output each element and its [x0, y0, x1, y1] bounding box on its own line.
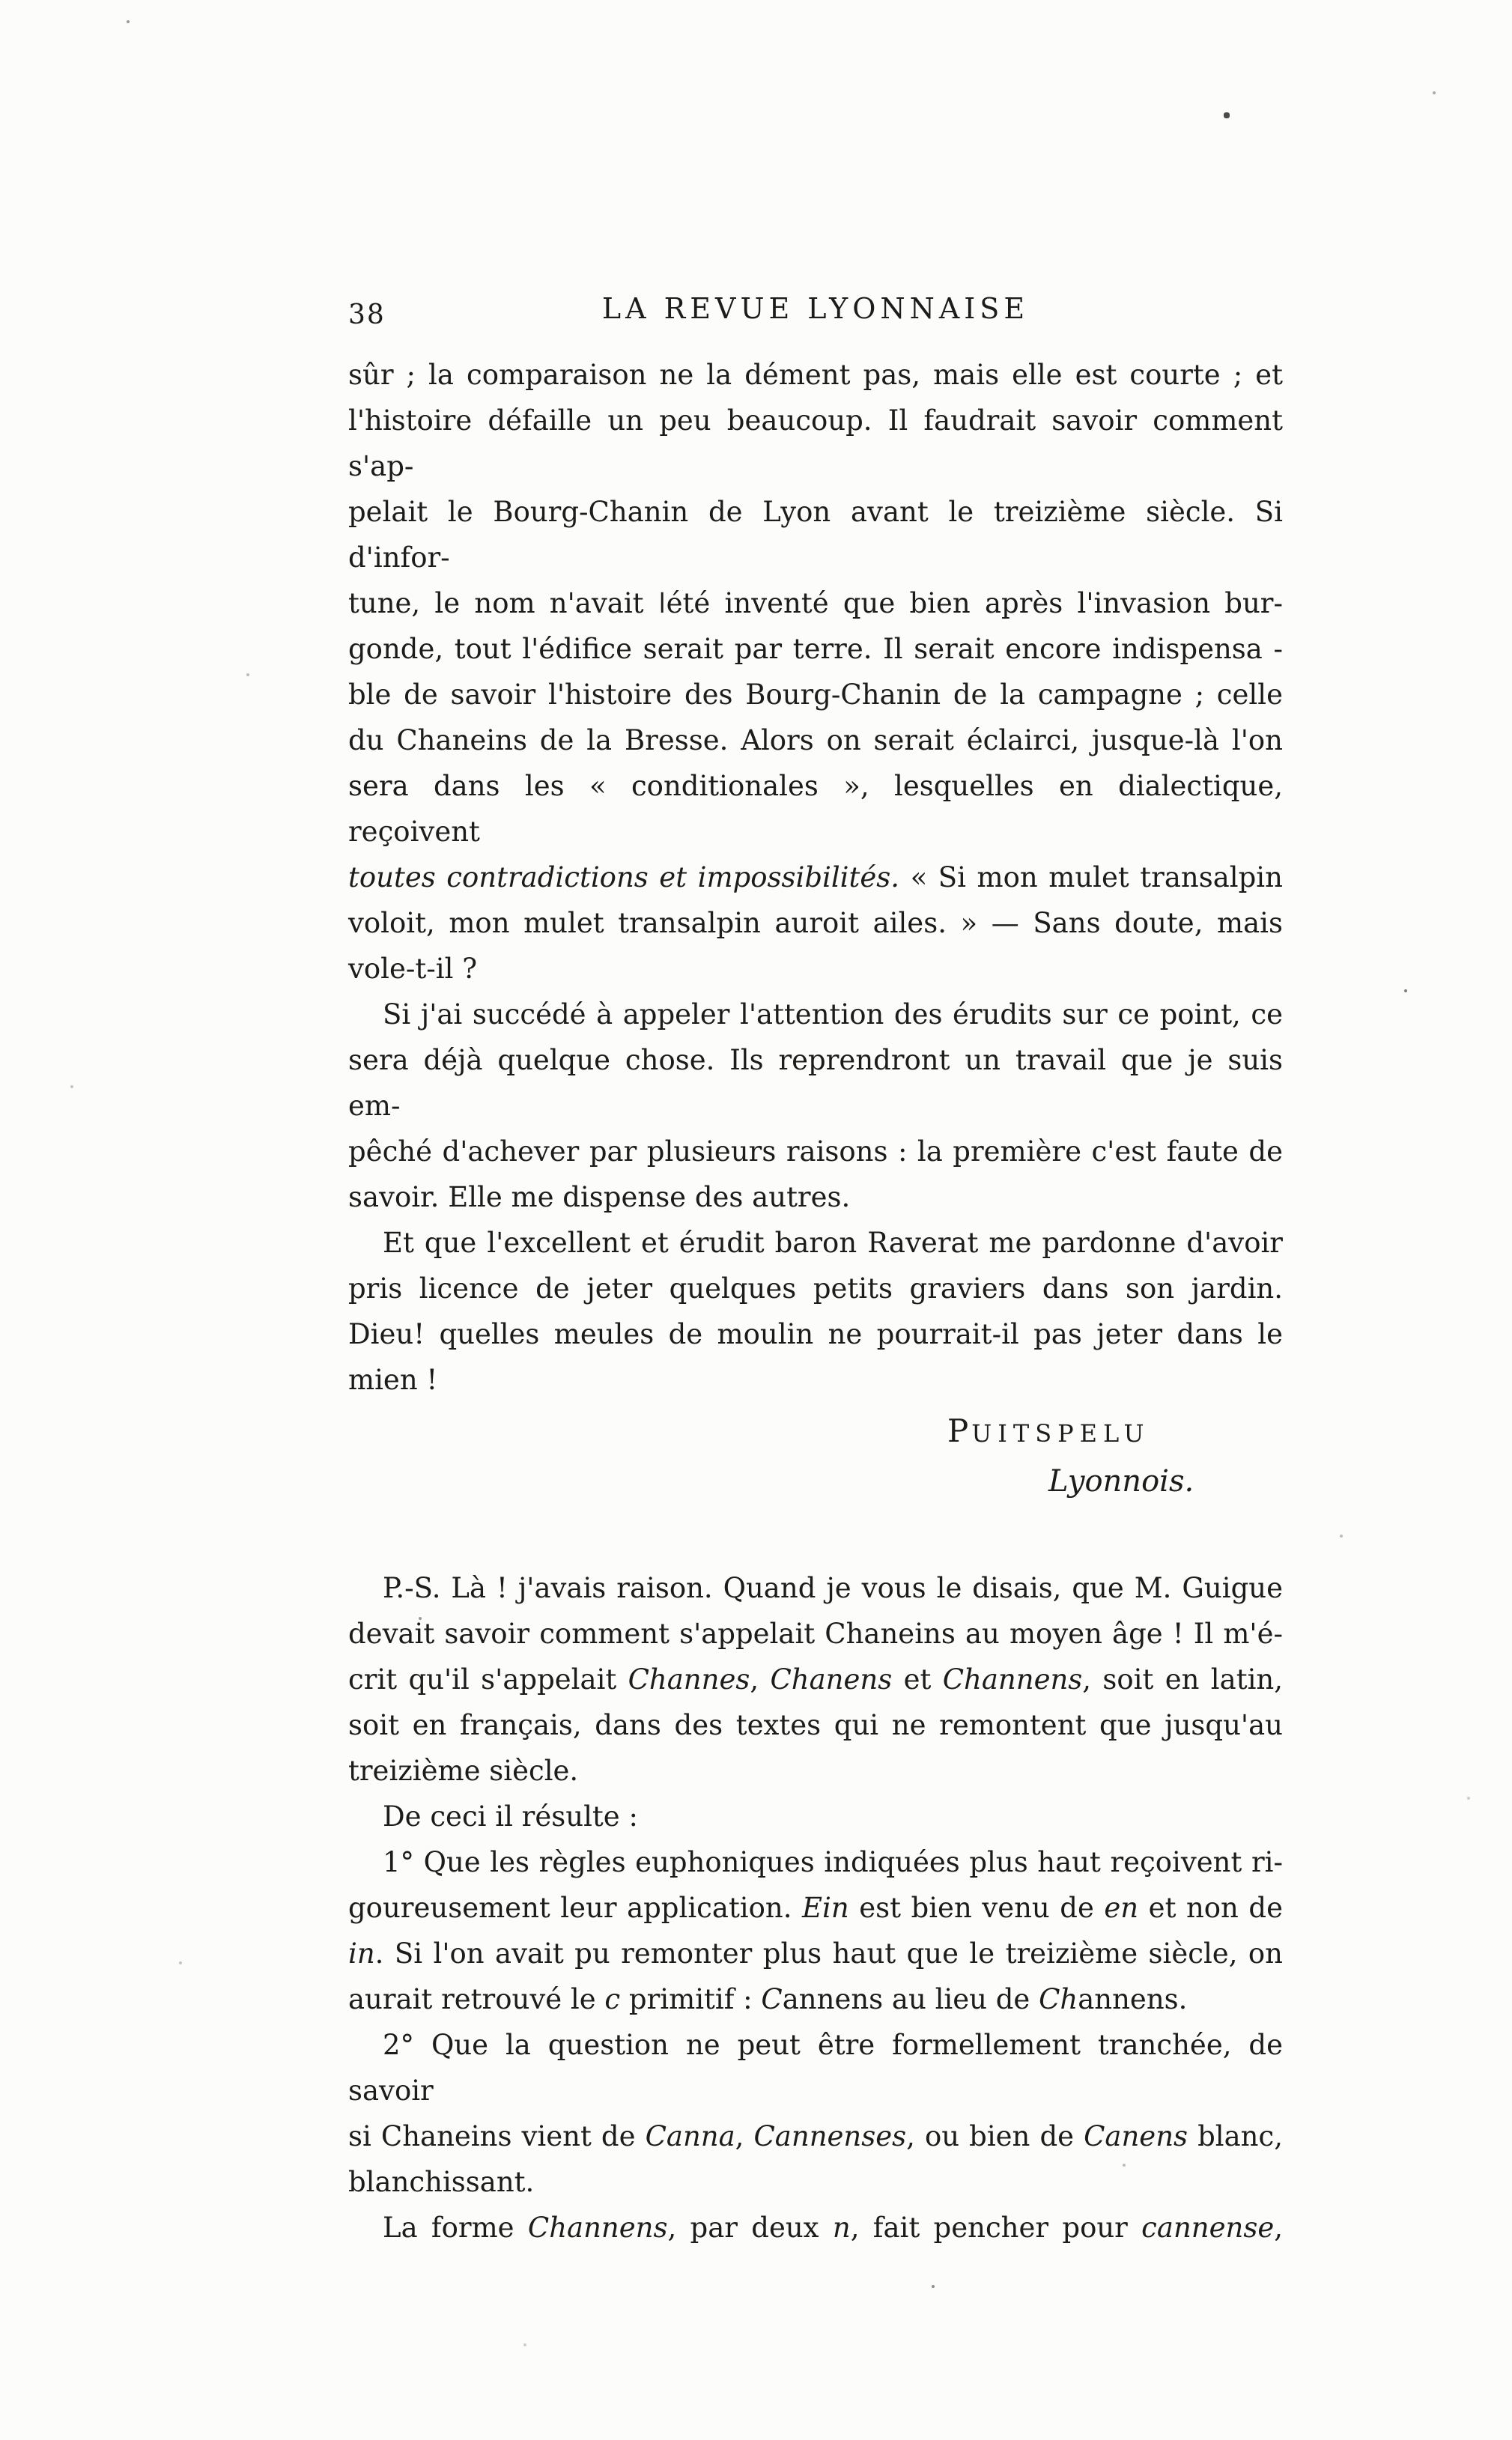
text-segment: , par deux — [667, 2212, 832, 2244]
text-segment-italic: Canens — [1084, 2120, 1188, 2152]
text-segment: . Si l'on avait pu remonter plus haut qu… — [375, 1937, 1283, 1970]
text-segment: 1° Que les règles euphoniques indiquées … — [383, 1846, 1283, 1878]
text-segment-italic: Ein — [802, 1892, 849, 1924]
text-line: Et que l'excellent et érudit baron Raver… — [348, 1220, 1283, 1266]
text-line: pêché d'achever par plusieurs raisons : … — [348, 1129, 1283, 1174]
author-name-initial: P — [947, 1412, 971, 1449]
text-segment: mien ! — [348, 1364, 437, 1396]
text-segment: primitif : — [620, 1983, 761, 2015]
text-line: 2° Que la question ne peut être formelle… — [348, 2022, 1283, 2113]
text-segment: 2° Que la question ne peut être formelle… — [348, 2029, 1283, 2107]
text-segment: crit qu'il s'appelait — [348, 1663, 628, 1696]
text-segment: pêché d'achever par plusieurs raisons : … — [348, 1135, 1283, 1168]
text-line: Dieu! quelles meules de moulin ne pourra… — [348, 1311, 1283, 1357]
author-name-rest: UITSPELU — [971, 1419, 1150, 1448]
scan-artifact-specks — [0, 0, 1, 1]
text-line: goureusement leur application. Ein est b… — [348, 1885, 1283, 1931]
text-block: 38 LA REVUE LYONNAISE sûr ; la comparais… — [348, 292, 1283, 2251]
text-segment: , — [750, 1663, 770, 1696]
text-segment: voloit, mon mulet transalpin auroit aile… — [348, 907, 1283, 939]
text-segment-italic: Canna — [646, 2120, 735, 2152]
text-line: soit en français, dans des textes qui ne… — [348, 1702, 1283, 1748]
text-segment: et — [892, 1663, 942, 1696]
text-line: blanchissant. — [348, 2159, 1283, 2205]
paragraph: sûr ; la comparaison ne la dément pas, m… — [348, 352, 1283, 992]
text-segment: , soit en latin, — [1082, 1663, 1283, 1696]
text-line: pelait le Bourg-Chanin de Lyon avant le … — [348, 489, 1283, 580]
text-segment-italic: c — [604, 1983, 620, 2015]
text-line: in. Si l'on avait pu remonter plus haut … — [348, 1931, 1283, 1976]
text-segment: Dieu! quelles meules de moulin ne pourra… — [348, 1318, 1283, 1350]
text-segment: savoir. Elle me dispense des autres. — [348, 1181, 850, 1213]
scanned-page: 38 LA REVUE LYONNAISE sûr ; la comparais… — [0, 0, 1512, 2440]
text-segment: , fait pencher pour — [851, 2212, 1141, 2244]
text-segment: La forme — [383, 2212, 528, 2244]
text-line: tune, le nom n'avait ǀété inventé que bi… — [348, 580, 1283, 626]
text-segment: tune, le nom n'avait ǀété inventé que bi… — [348, 587, 1283, 619]
text-line: devait savoir comment s'appelait Chanein… — [348, 1611, 1283, 1657]
text-segment-italic: Channens — [528, 2212, 668, 2244]
journal-title: LA REVUE LYONNAISE — [348, 292, 1283, 325]
author-place: Lyonnois. — [1048, 1457, 1283, 1505]
text-segment: et non de — [1138, 1892, 1283, 1924]
text-line: mien ! — [348, 1357, 1283, 1403]
text-segment: annens au lieu de — [783, 1983, 1039, 2015]
text-segment-italic: n — [833, 2212, 851, 2244]
text-segment-italic: Channens — [943, 1663, 1083, 1696]
text-line: l'histoire défaille un peu beaucoup. Il … — [348, 398, 1283, 489]
text-segment-italic: cannense — [1141, 2212, 1274, 2244]
text-segment: , — [1274, 2212, 1283, 2244]
text-segment: du Chaneins de la Bresse. Alors on serai… — [348, 724, 1283, 756]
text-line: aurait retrouvé le c primitif : Cannens … — [348, 1976, 1283, 2022]
text-segment: P.-S. Là ! j'avais raison. Quand je vous… — [383, 1572, 1283, 1604]
text-segment-italic: Chanens — [770, 1663, 892, 1696]
text-segment: blanchissant. — [348, 2166, 534, 2198]
body-text-postscript: P.-S. Là ! j'avais raison. Quand je vous… — [348, 1565, 1283, 2251]
text-segment: gonde, tout l'édifice serait par terre. … — [348, 633, 1283, 665]
text-segment: est bien venu de — [849, 1892, 1105, 1924]
text-segment: pelait le Bourg-Chanin de Lyon avant le … — [348, 496, 1283, 574]
text-segment-italic: Channes — [628, 1663, 750, 1696]
text-segment: blanc, — [1188, 2120, 1283, 2152]
text-line: 1° Que les règles euphoniques indiquées … — [348, 1839, 1283, 1885]
text-segment-italic: toutes contradictions et impossibilités. — [348, 861, 899, 893]
text-line: crit qu'il s'appelait Channes, Chanens e… — [348, 1657, 1283, 1702]
text-segment: sera déjà quelque chose. Ils reprendront… — [348, 1044, 1283, 1122]
text-line: sera déjà quelque chose. Ils reprendront… — [348, 1037, 1283, 1129]
text-segment-italic: Cannenses — [754, 2120, 907, 2152]
text-segment: De ceci il résulte : — [383, 1800, 638, 1833]
text-segment: soit en français, dans des textes qui ne… — [348, 1709, 1283, 1741]
text-segment: goureusement leur application. — [348, 1892, 802, 1924]
text-segment: Et que l'excellent et érudit baron Raver… — [383, 1227, 1283, 1259]
text-segment: Si j'ai succédé à appeler l'attention de… — [383, 998, 1283, 1031]
text-segment: vole-t-il ? — [348, 953, 477, 985]
signature-block: PUITSPELU Lyonnois. — [348, 1407, 1283, 1505]
text-segment-italic: in — [348, 1937, 375, 1970]
text-line: si Chaneins vient de Canna, Cannenses, o… — [348, 2113, 1283, 2159]
text-line: treizième siècle. — [348, 1748, 1283, 1794]
text-line: vole-t-il ? — [348, 946, 1283, 992]
body-text-main: sûr ; la comparaison ne la dément pas, m… — [348, 352, 1283, 1403]
text-line: sera dans les « conditionales », lesquel… — [348, 763, 1283, 855]
text-line: du Chaneins de la Bresse. Alors on serai… — [348, 717, 1283, 763]
text-segment: annens. — [1078, 1983, 1187, 2015]
text-line: De ceci il résulte : — [348, 1794, 1283, 1839]
text-segment: sera dans les « conditionales », lesquel… — [348, 770, 1283, 848]
text-segment-italic: en — [1104, 1892, 1138, 1924]
text-segment-italic: Ch — [1039, 1983, 1078, 2015]
paragraph: 1° Que les règles euphoniques indiquées … — [348, 1839, 1283, 2022]
text-segment: , — [735, 2120, 754, 2152]
paragraph: La forme Channens, par deux n, fait penc… — [348, 2205, 1283, 2251]
text-segment: ble de savoir l'histoire des Bourg-Chani… — [348, 679, 1283, 711]
text-segment: si Chaneins vient de — [348, 2120, 646, 2152]
text-line: sûr ; la comparaison ne la dément pas, m… — [348, 352, 1283, 398]
text-line: pris licence de jeter quelques petits gr… — [348, 1266, 1283, 1311]
text-line: gonde, tout l'édifice serait par terre. … — [348, 626, 1283, 672]
text-segment: , ou bien de — [906, 2120, 1084, 2152]
text-segment-italic: C — [761, 1983, 782, 2015]
text-line: P.-S. Là ! j'avais raison. Quand je vous… — [348, 1565, 1283, 1611]
page-header: 38 LA REVUE LYONNAISE — [348, 292, 1283, 334]
text-segment: devait savoir comment s'appelait Chanein… — [348, 1618, 1283, 1650]
page-number: 38 — [348, 300, 386, 330]
paragraph: Et que l'excellent et érudit baron Raver… — [348, 1220, 1283, 1403]
paragraph: Si j'ai succédé à appeler l'attention de… — [348, 992, 1283, 1220]
text-segment: sûr ; la comparaison ne la dément pas, m… — [348, 359, 1283, 391]
text-line: La forme Channens, par deux n, fait penc… — [348, 2205, 1283, 2251]
paragraph: De ceci il résulte : — [348, 1794, 1283, 1839]
text-line: savoir. Elle me dispense des autres. — [348, 1174, 1283, 1220]
text-segment: l'histoire défaille un peu beaucoup. Il … — [348, 404, 1283, 482]
text-segment: aurait retrouvé le — [348, 1983, 604, 2015]
paragraph: P.-S. Là ! j'avais raison. Quand je vous… — [348, 1565, 1283, 1794]
text-line: voloit, mon mulet transalpin auroit aile… — [348, 900, 1283, 946]
paragraph: 2° Que la question ne peut être formelle… — [348, 2022, 1283, 2205]
text-segment: treizième siècle. — [348, 1755, 578, 1787]
text-segment: pris licence de jeter quelques petits gr… — [348, 1272, 1283, 1305]
text-line: toutes contradictions et impossibilités.… — [348, 855, 1283, 900]
text-segment: « Si mon mulet transalpin — [899, 861, 1283, 893]
text-line: ble de savoir l'histoire des Bourg-Chani… — [348, 672, 1283, 717]
text-line: Si j'ai succédé à appeler l'attention de… — [348, 992, 1283, 1037]
author-name: PUITSPELU — [947, 1407, 1283, 1457]
